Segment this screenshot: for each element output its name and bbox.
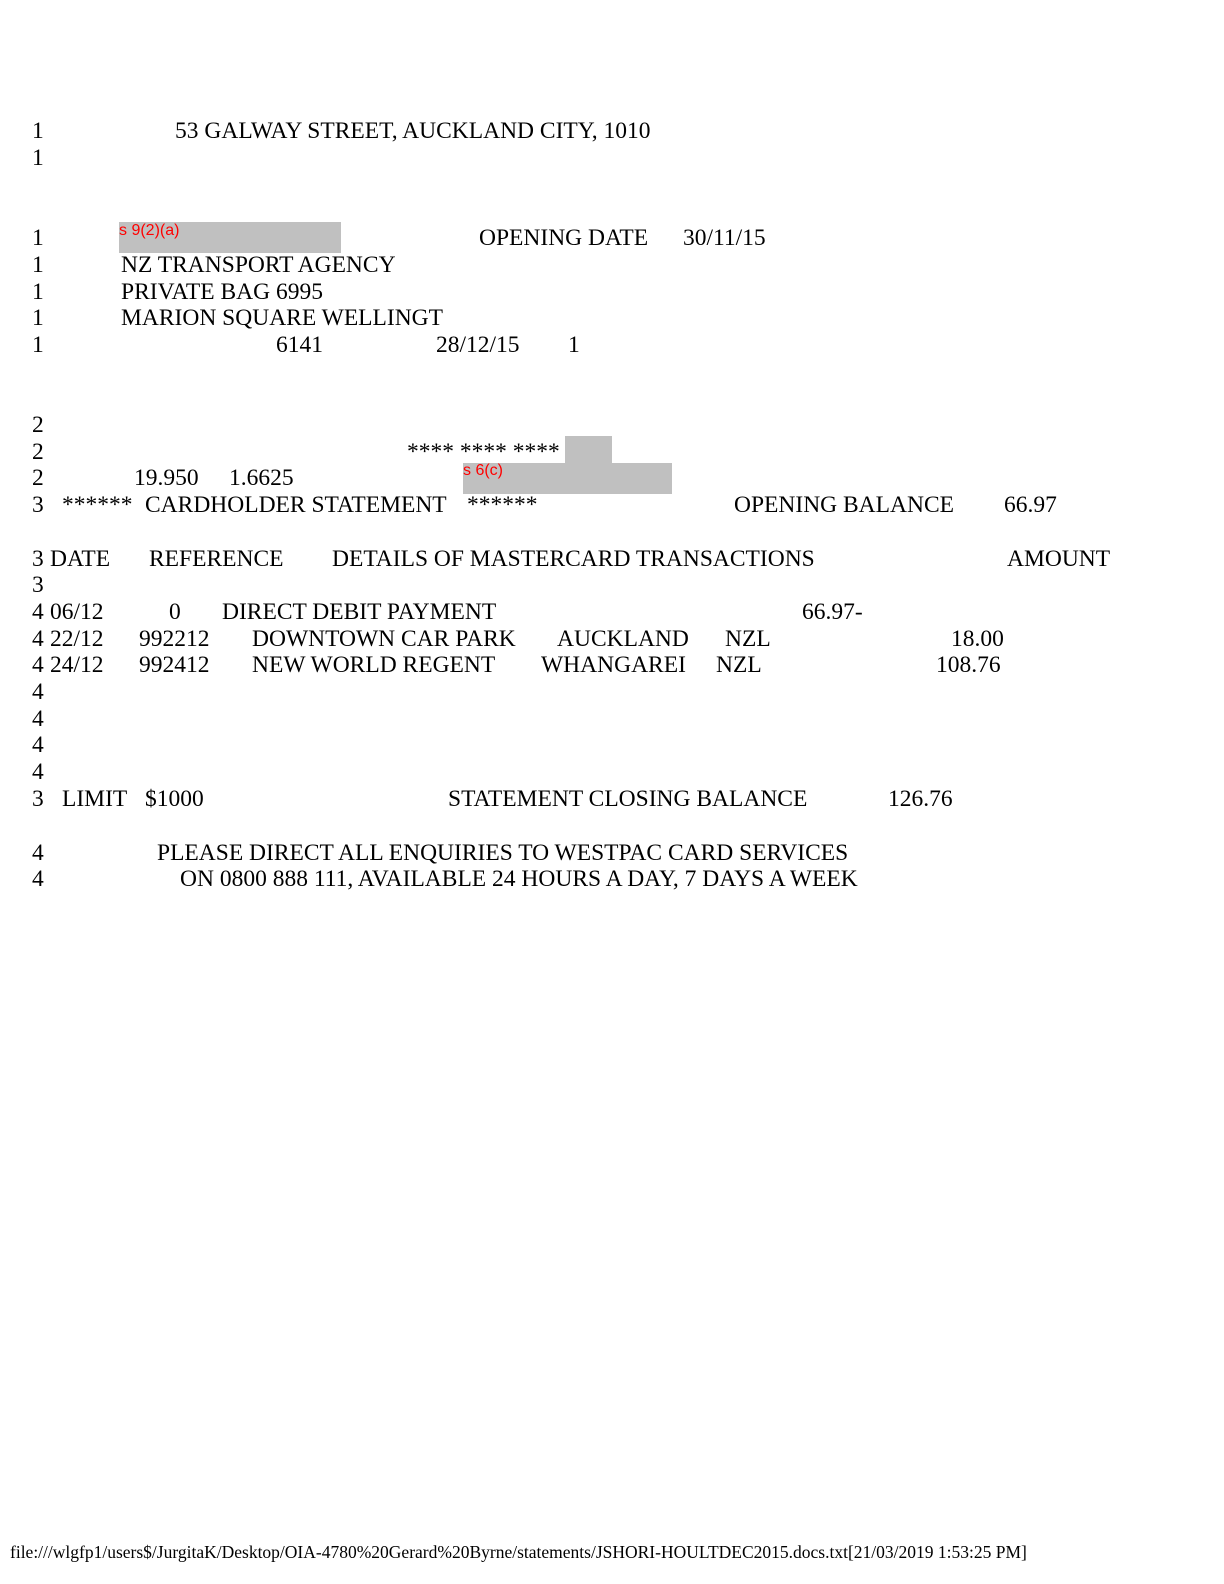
transaction-city: AUCKLAND: [557, 626, 689, 652]
line-code: 4: [32, 866, 44, 892]
transaction-country: NZL: [716, 652, 762, 678]
limit-value: $1000: [145, 786, 204, 812]
line-code: 3: [32, 572, 44, 598]
transaction-amount: 108.76: [936, 652, 1001, 678]
transaction-city: WHANGAREI: [541, 652, 686, 678]
column-header-details: DETAILS OF MASTERCARD TRANSACTIONS: [332, 546, 815, 572]
opening-date-value: 30/11/15: [683, 225, 766, 251]
transaction-details: DIRECT DEBIT PAYMENT: [222, 599, 496, 625]
statement-date: 28/12/15: [436, 332, 520, 358]
addressee-line-1: NZ TRANSPORT AGENCY: [121, 252, 396, 278]
opening-balance-label: OPENING BALANCE: [734, 492, 954, 518]
line-code: 4: [32, 732, 44, 758]
line-code: 2: [32, 412, 44, 438]
limit-label: LIMIT: [62, 786, 127, 812]
line-code: 3: [32, 546, 44, 572]
line-code: 2: [32, 465, 44, 491]
line-code: 1: [32, 305, 44, 331]
branch-address: 53 GALWAY STREET, AUCKLAND CITY, 1010: [175, 118, 650, 144]
line-code: 3: [32, 786, 44, 812]
closing-balance-label: STATEMENT CLOSING BALANCE: [448, 786, 807, 812]
line-code: 4: [32, 599, 44, 625]
transaction-amount: 66.97-: [802, 599, 863, 625]
addressee-line-2: PRIVATE BAG 6995: [121, 279, 323, 305]
source-path-footer: file:///wlgfp1/users$/JurgitaK/Desktop/O…: [10, 1541, 1027, 1563]
column-header-date: DATE: [50, 546, 110, 572]
column-header-amount: AMOUNT: [1007, 546, 1110, 572]
line-code: 1: [32, 332, 44, 358]
transaction-details: NEW WORLD REGENT: [252, 652, 495, 678]
line-code: 4: [32, 759, 44, 785]
title-stars-left: ******: [62, 492, 133, 518]
page-number: 1: [568, 332, 580, 358]
card-value-a: 19.950: [134, 465, 199, 491]
transaction-reference: 992212: [139, 626, 210, 652]
line-code: 4: [32, 706, 44, 732]
card-value-b: 1.6625: [229, 465, 294, 491]
line-code: 1: [32, 145, 44, 171]
line-code: 4: [32, 840, 44, 866]
line-code: 1: [32, 279, 44, 305]
transaction-amount: 18.00: [951, 626, 1004, 652]
line-code: 1: [32, 252, 44, 278]
transaction-date: 06/12: [50, 599, 104, 625]
transaction-reference: 0: [169, 599, 181, 625]
line-code: 4: [32, 626, 44, 652]
line-code: 1: [32, 225, 44, 251]
transaction-reference: 992412: [139, 652, 210, 678]
transaction-date: 24/12: [50, 652, 104, 678]
line-code: 3: [32, 492, 44, 518]
transaction-date: 22/12: [50, 626, 104, 652]
transaction-details: DOWNTOWN CAR PARK: [252, 626, 516, 652]
postcode: 6141: [276, 332, 323, 358]
column-header-reference: REFERENCE: [149, 546, 283, 572]
opening-balance-value: 66.97: [1004, 492, 1057, 518]
statement-title: CARDHOLDER STATEMENT: [145, 492, 447, 518]
redaction-box-card-tail: [565, 436, 612, 464]
title-stars-right: ******: [467, 492, 538, 518]
line-code: 2: [32, 439, 44, 465]
opening-date-label: OPENING DATE: [479, 225, 648, 251]
transaction-country: NZL: [725, 626, 771, 652]
line-code: 4: [32, 652, 44, 678]
redaction-label-name: s 9(2)(a): [119, 222, 179, 240]
addressee-line-3: MARION SQUARE WELLINGT: [121, 305, 443, 331]
enquiries-line-1: PLEASE DIRECT ALL ENQUIRIES TO WESTPAC C…: [157, 840, 848, 866]
line-code: 1: [32, 118, 44, 144]
enquiries-line-2: ON 0800 888 111, AVAILABLE 24 HOURS A DA…: [180, 866, 858, 892]
closing-balance-value: 126.76: [888, 786, 953, 812]
masked-card-number: **** **** ****: [407, 439, 560, 465]
line-code: 4: [32, 679, 44, 705]
